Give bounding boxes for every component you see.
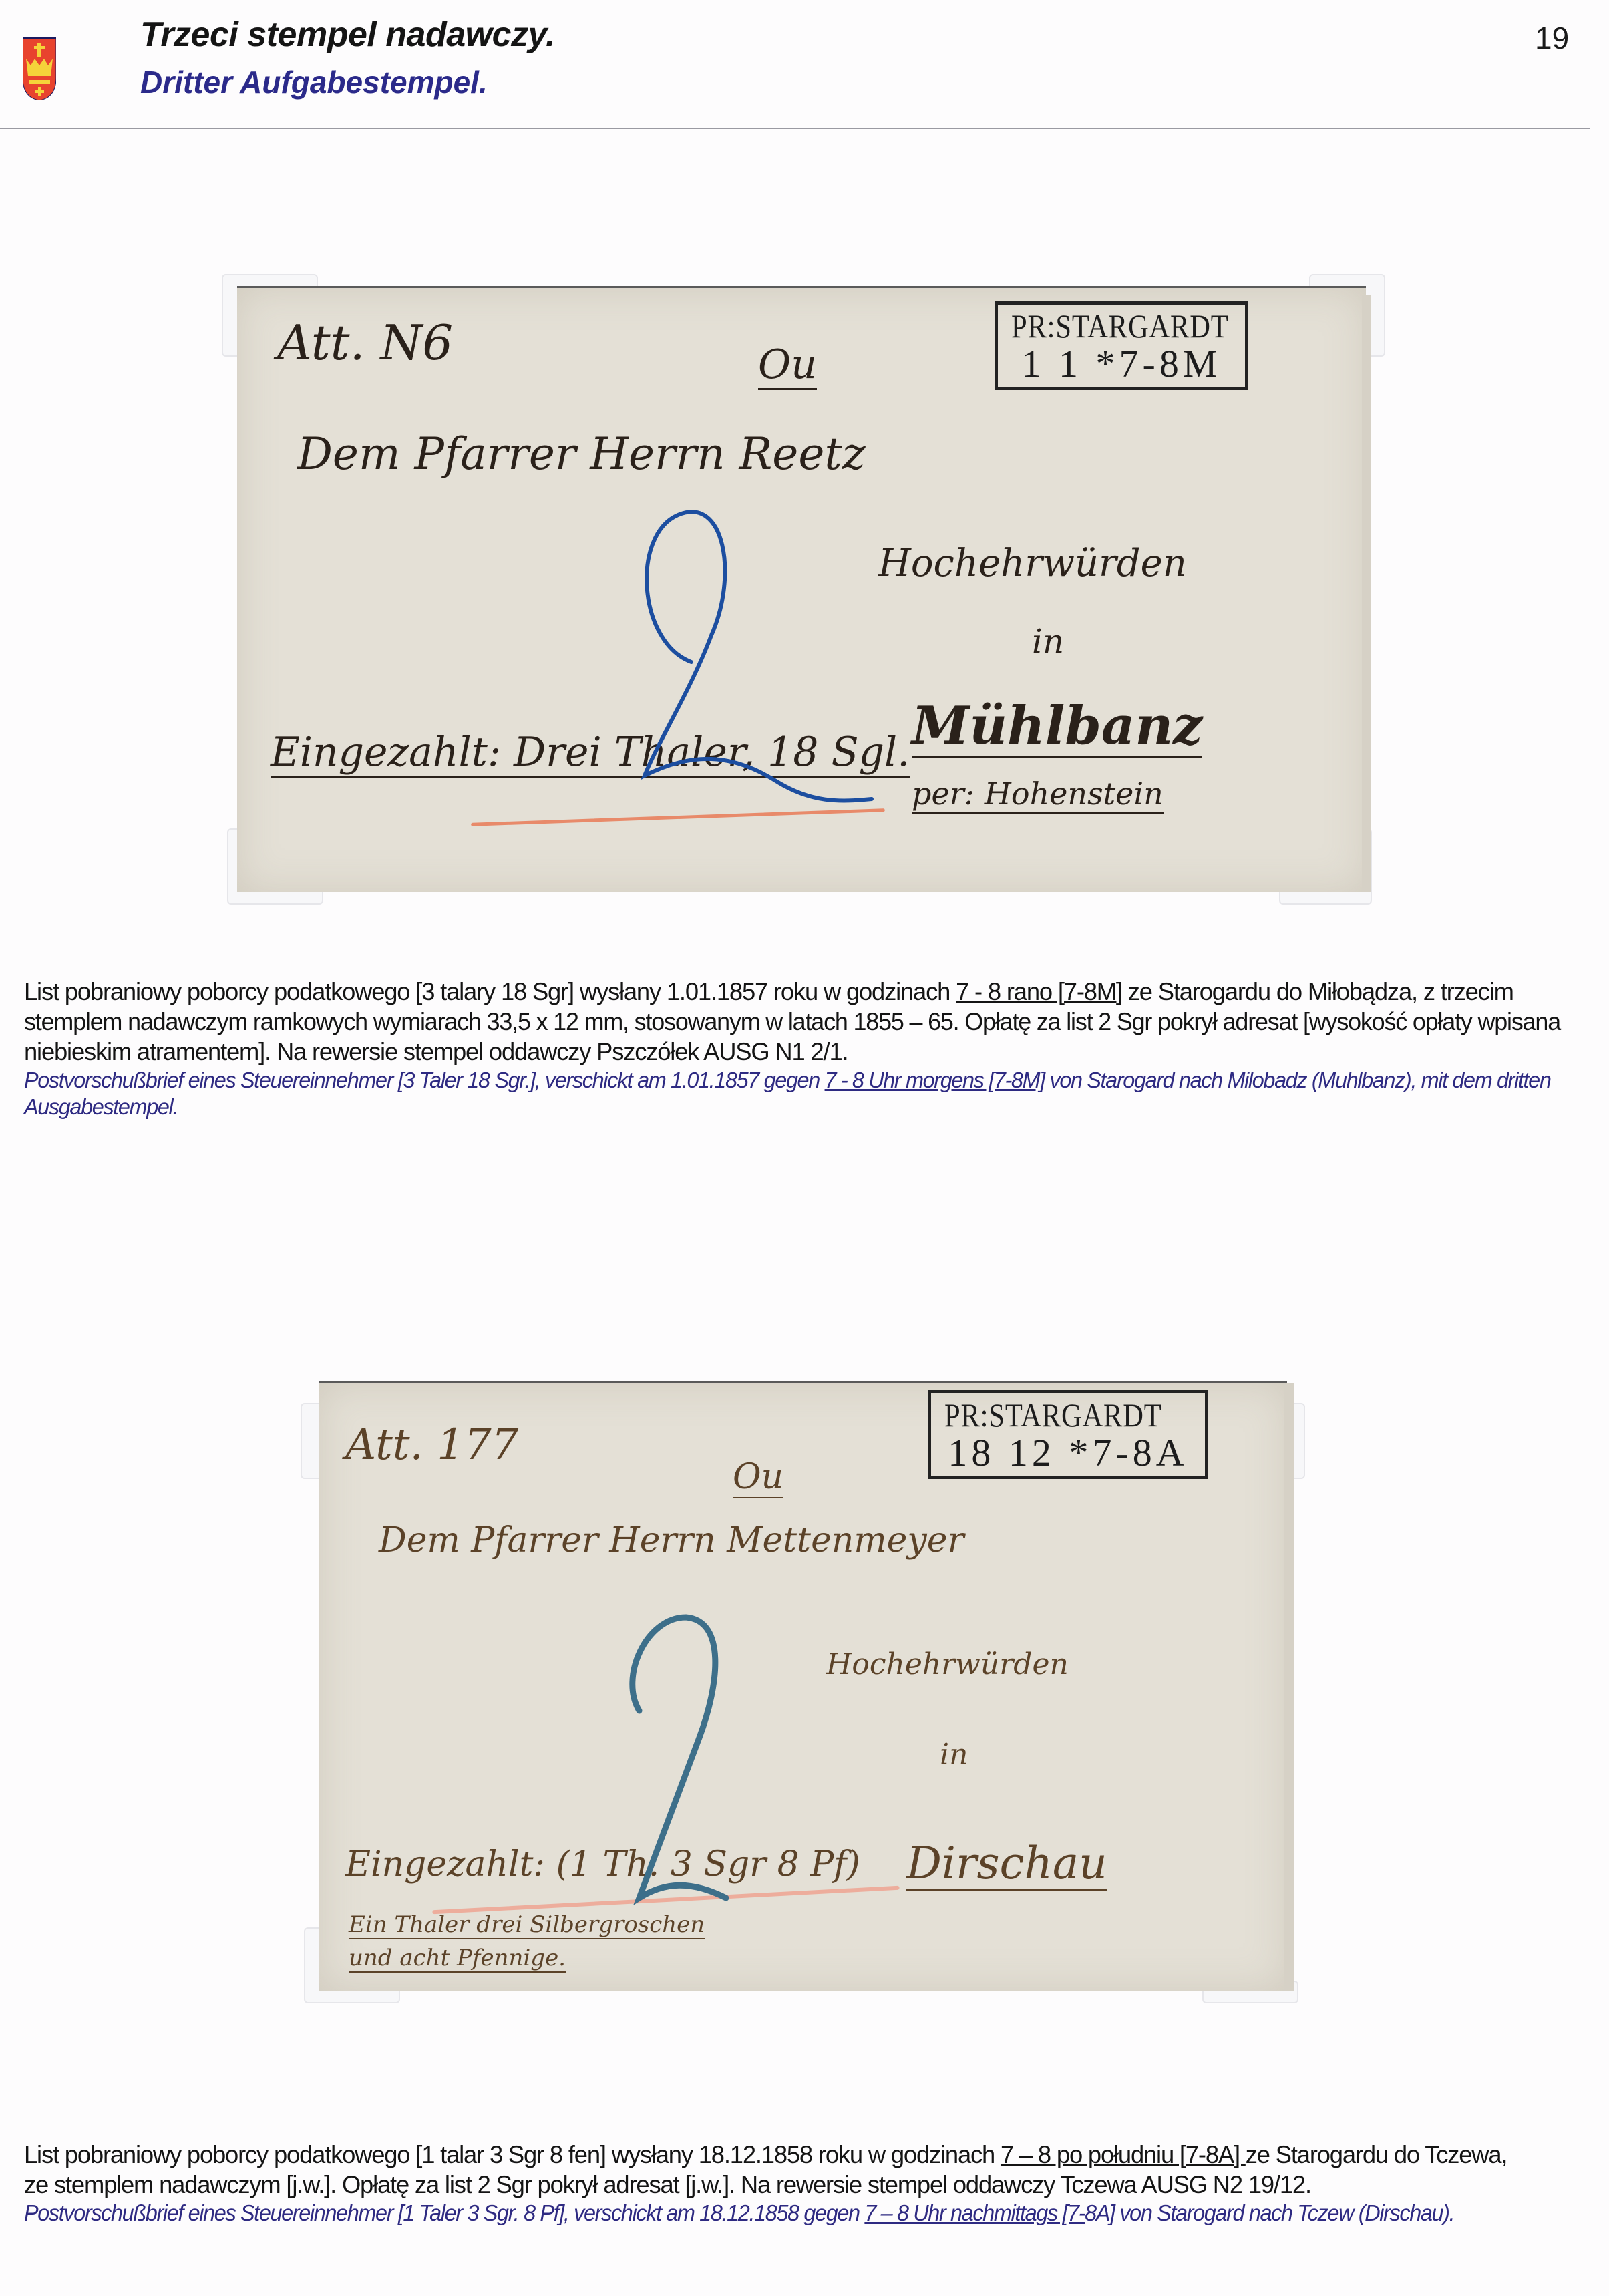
letter-2-destination: Dirschau	[906, 1838, 1107, 1891]
letter-2-blue-postage-numeral	[592, 1604, 753, 1911]
caption-pl-line-1: List pobraniowy poborcy podatkowego [1 t…	[24, 2140, 1560, 2170]
page-title: Trzeci stempel nadawczy.	[140, 15, 555, 55]
caption-pl-line-2: ze stemplem nadawczym [j.w.]. Opłatę za …	[24, 2170, 1560, 2200]
caption-pl-line-3: niebieskim atramentem]. Na rewersie stem…	[24, 1037, 1560, 1067]
page-number: 19	[1535, 20, 1569, 56]
letter-1-caption: List pobraniowy poborcy podatkowego [3 t…	[24, 977, 1587, 1120]
letter-1-postmark: PR:STARGARDT 1 1 *7-8M	[995, 301, 1248, 390]
letter-2-envelope: PR:STARGARDT 18 12 *7-8A Att. 177 Ou Dem…	[319, 1381, 1287, 1991]
letter-2-collected-words-2: und acht Pfennige.	[349, 1945, 566, 1973]
letter-1-envelope: PR:STARGARDT 1 1 *7-8M Att. N6 Ou Dem Pf…	[237, 286, 1366, 892]
letter-1-blue-postage-numeral	[558, 488, 945, 809]
letter-1-address-line1: Dem Pfarrer Herrn Reetz	[297, 428, 866, 480]
letter-1-marking: Ou	[758, 341, 817, 390]
letter-1-docket: Att. N6	[277, 315, 453, 371]
letter-1-destination: Mühlbanz	[912, 695, 1202, 758]
letter-2-caption: List pobraniowy poborcy podatkowego [1 t…	[24, 2140, 1587, 2227]
caption-pl-line-2: stemplem nadawczym ramkowych wymiarach 3…	[24, 1007, 1540, 1037]
caption-de-line-1: Postvorschußbrief eines Steuereinnehmer …	[24, 2200, 1560, 2227]
letter-2-address-line3: in	[940, 1738, 968, 1772]
letter-2-address-line2: Hochehrwürden	[826, 1647, 1069, 1681]
letter-2-docket: Att. 177	[345, 1420, 518, 1470]
letter-1-via: per: Hohenstein	[912, 776, 1164, 814]
caption-de-line-2: Ausgabestempel.	[24, 1094, 1560, 1120]
caption-de-line-1: Postvorschußbrief eines Steuereinnehmer …	[24, 1067, 1560, 1094]
caption-pl-line-1: List pobraniowy poborcy podatkowego [3 t…	[24, 977, 1560, 1007]
letter-1-address-line3: in	[1032, 622, 1064, 661]
letter-2-marking: Ou	[733, 1457, 783, 1498]
letter-2-collected-words: Ein Thaler drei Silbergroschen	[349, 1911, 705, 1939]
letter-1-red-crayon-line	[471, 808, 885, 826]
letter-2-postmark: PR:STARGARDT 18 12 *7-8A	[928, 1390, 1208, 1479]
page-subtitle: Dritter Aufgabestempel.	[140, 64, 488, 100]
coat-of-arms-icon	[23, 37, 56, 100]
header-divider	[0, 128, 1590, 129]
letter-2-address-line1: Dem Pfarrer Herrn Mettenmeyer	[379, 1520, 964, 1561]
